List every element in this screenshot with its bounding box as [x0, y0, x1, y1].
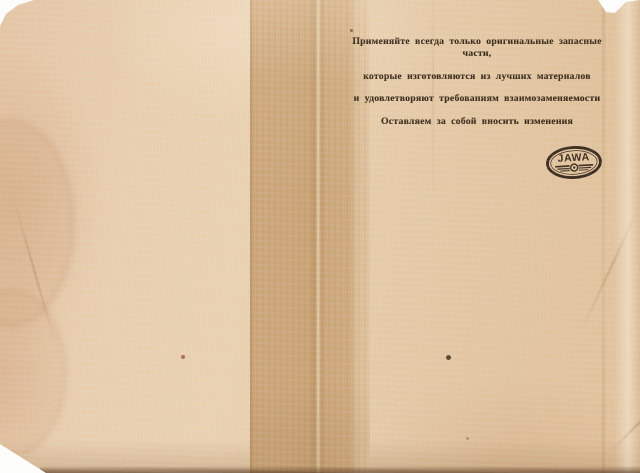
notice-line: и удовлетворяют требованиям взаимозаменя…: [336, 93, 618, 105]
notice-text-block: Применяйте всегда только оригинальные за…: [336, 36, 618, 138]
crease-line-center: [432, 0, 434, 200]
crease-line-right: [580, 195, 640, 332]
water-stain-lower-left: [0, 290, 66, 456]
paper-page: Применяйте всегда только оригинальные за…: [0, 0, 640, 473]
ink-speck: [446, 355, 451, 360]
notice-line: Оставляем за собой вносить изменения: [336, 116, 618, 128]
logo-wings-icon: [555, 163, 593, 172]
crease-line-right-edge: [602, 0, 605, 473]
ink-speck: [481, 99, 483, 101]
notice-line: Применяйте всегда только оригинальные за…: [336, 36, 618, 60]
scan-background: Применяйте всегда только оригинальные за…: [0, 0, 640, 473]
curled-right-edge-highlight: [614, 0, 640, 473]
jawa-logo-stamp: JAWA: [543, 141, 605, 186]
ink-speck: [350, 29, 353, 32]
rust-speck: [181, 355, 185, 359]
crease-bottom-right-corner: [608, 388, 640, 453]
notice-line: которые изготовляются из лучших материал…: [336, 71, 618, 83]
bottom-edge-shadow: [40, 466, 640, 473]
logo-oval-outer: [547, 146, 601, 179]
stain-line-left: [13, 201, 56, 346]
water-stain-upper-left: [0, 120, 74, 326]
binding-tape-strip: [250, 0, 370, 473]
logo-oval-inner: [550, 150, 598, 176]
logo-wordmark: JAWA: [557, 151, 590, 165]
ink-speck: [466, 437, 469, 440]
